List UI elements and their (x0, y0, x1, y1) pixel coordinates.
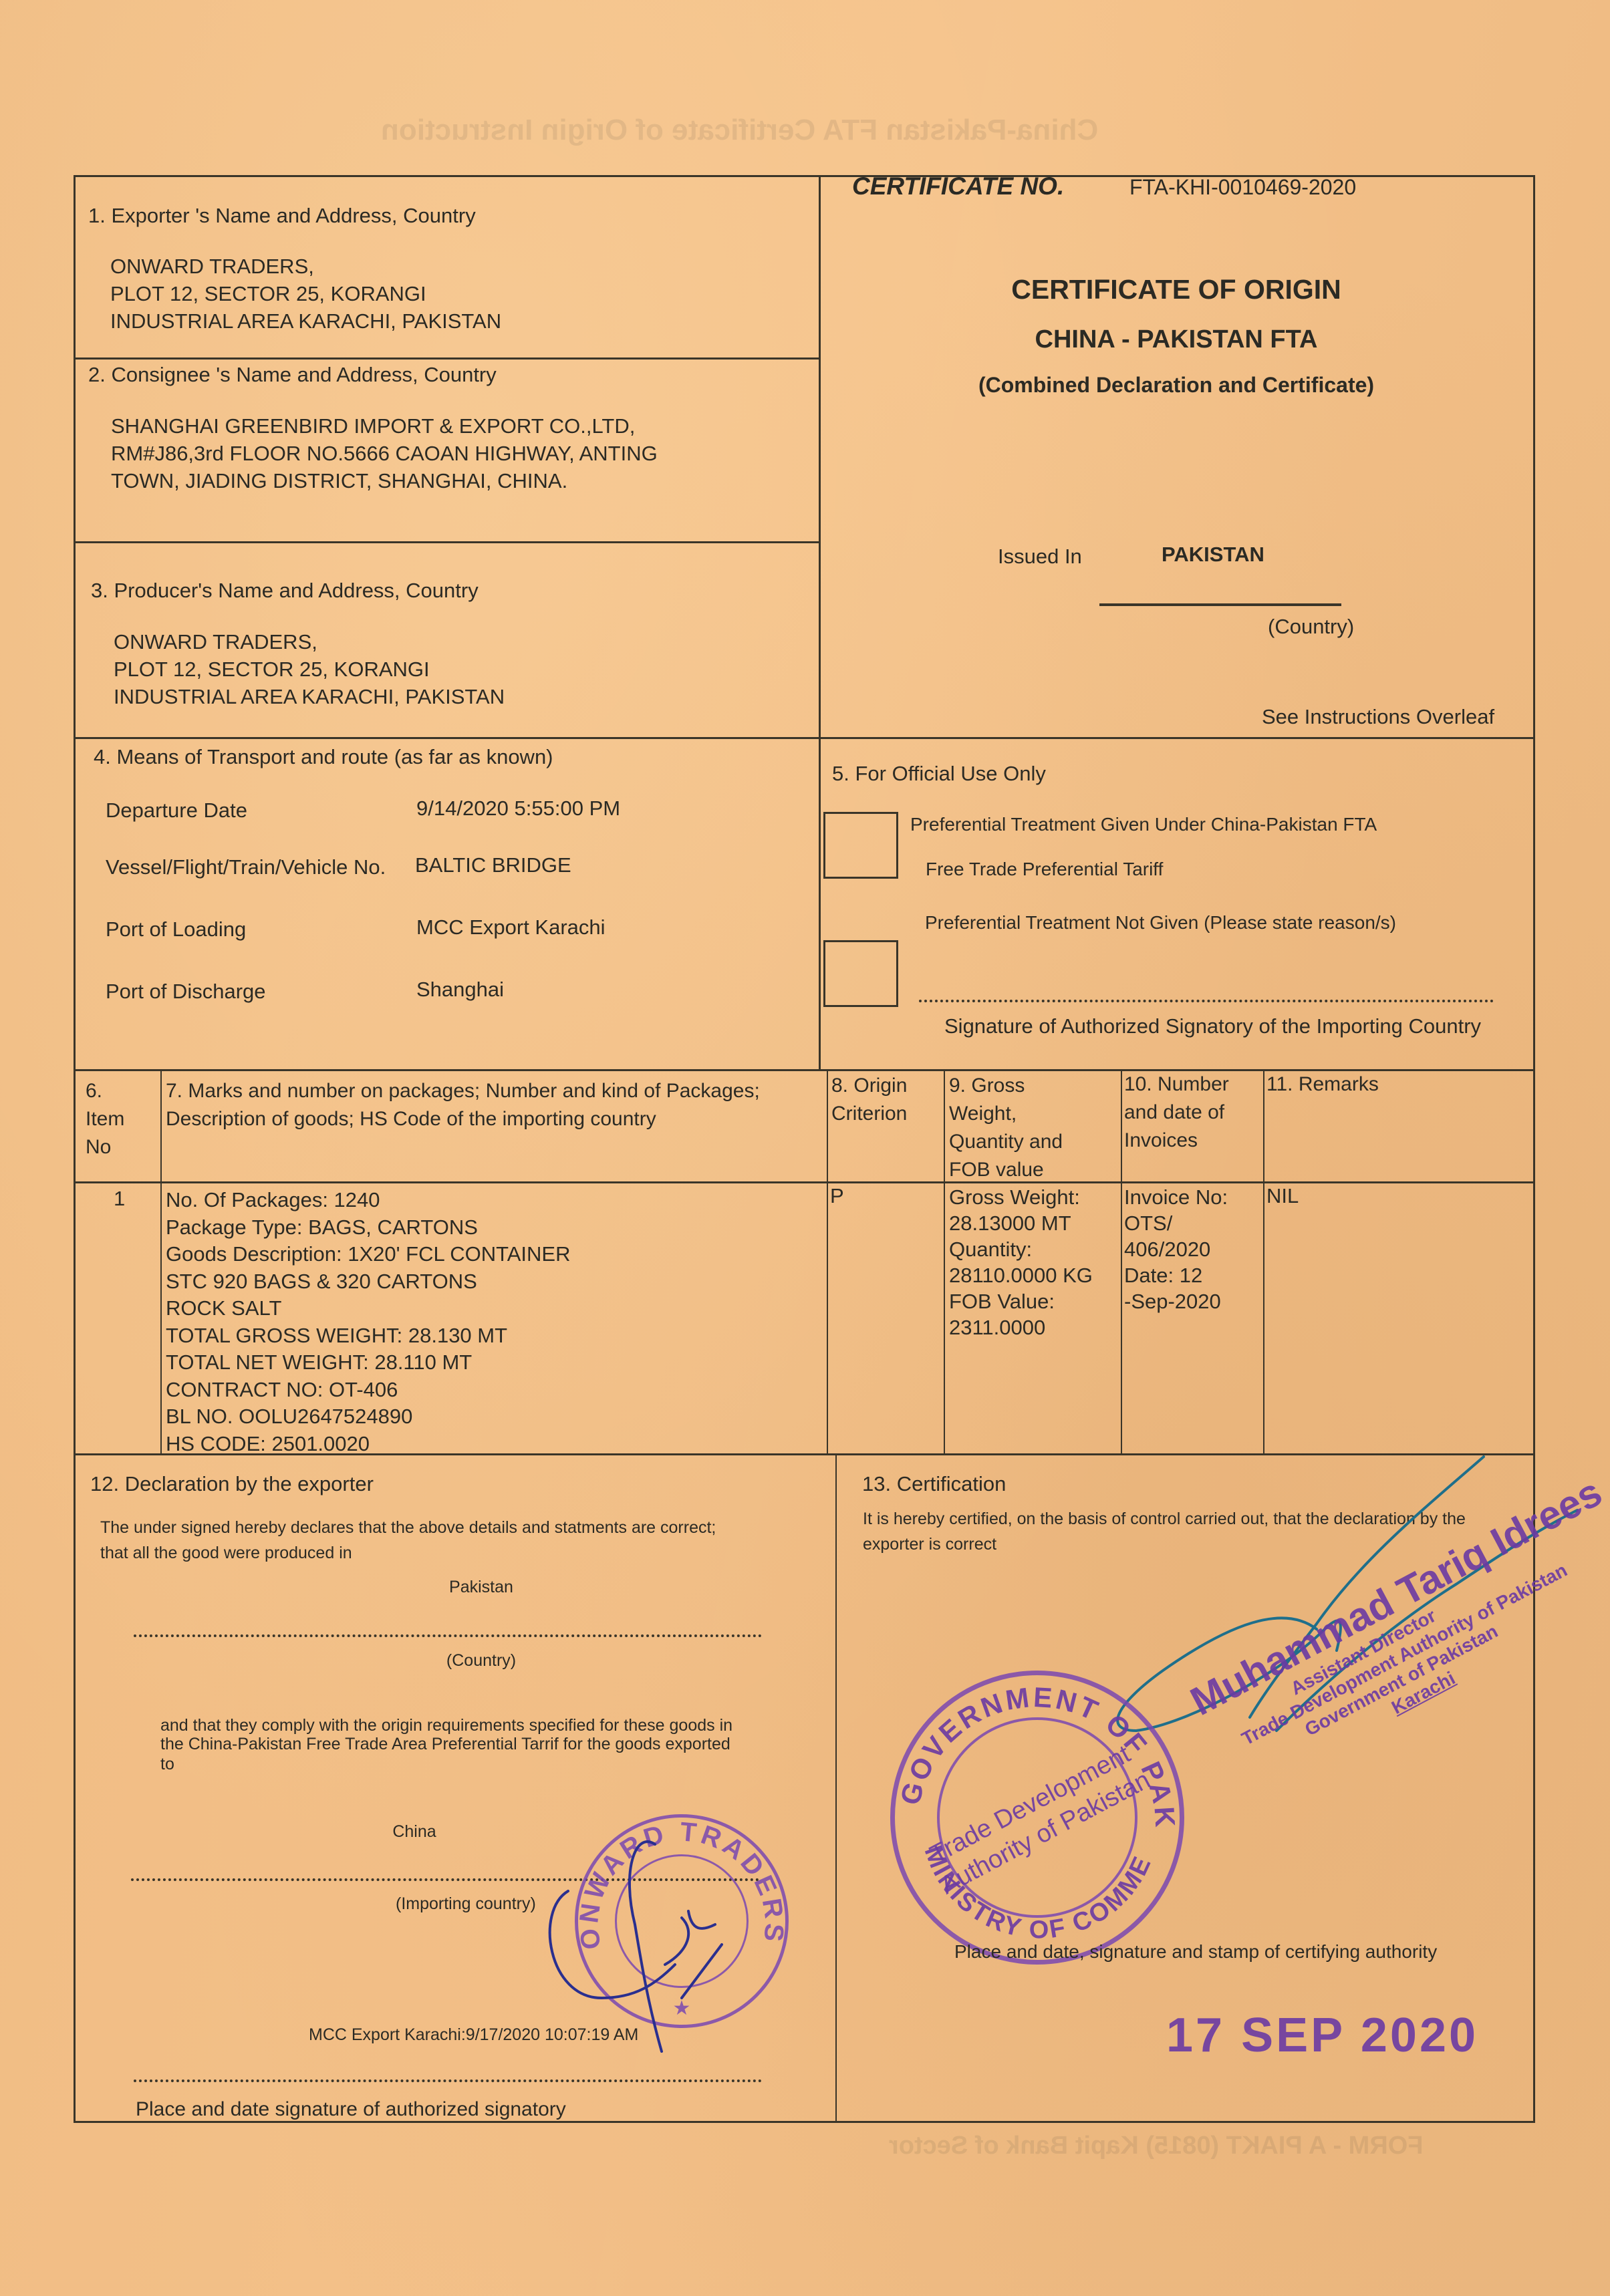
producer-address-line: INDUSTRIAL AREA KARACHI, PAKISTAN (114, 683, 505, 710)
description-line: BL NO. OOLU2647524890 (166, 1403, 570, 1431)
signatory-caption: Place and date signature of authorized s… (136, 2098, 566, 2121)
declaration-text: The under signed hereby declares that th… (100, 1518, 716, 1538)
description-line: ROCK SALT (166, 1295, 570, 1322)
preferential-given-checkbox[interactable] (823, 812, 898, 879)
description-line: No. Of Packages: 1240 (166, 1187, 570, 1214)
divider (1263, 1069, 1264, 1453)
declaration-text: to (160, 1755, 174, 1774)
issued-in-underline (1099, 603, 1341, 606)
vessel-value: BALTIC BRIDGE (415, 853, 571, 877)
consignee-address-line: RM#J86,3rd FLOOR NO.5666 CAOAN HIGHWAY, … (111, 440, 658, 467)
exporter-address-line: INDUSTRIAL AREA KARACHI, PAKISTAN (110, 307, 501, 335)
produced-in-caption: (Country) (348, 1651, 615, 1671)
document-subtitle: CHINA - PAKISTAN FTA (822, 325, 1530, 354)
document-subtitle-2: (Combined Declaration and Certificate) (822, 373, 1530, 398)
certification-label: 13. Certification (862, 1472, 1006, 1496)
signatory-line (134, 2079, 762, 2082)
col-header-origin: 8. Origin Criterion (831, 1072, 907, 1128)
invoice-number-date: Invoice No: OTS/ 406/2020 Date: 12 -Sep-… (1124, 1184, 1228, 1314)
weight-line: Quantity: (949, 1236, 1093, 1262)
weight-line: 28.13000 MT (949, 1210, 1093, 1236)
invoice-line: 406/2020 (1124, 1236, 1228, 1262)
col-header-weight: 9. Gross Weight, Quantity and FOB value (949, 1072, 1063, 1184)
declaration-text: that all the good were produced in (100, 1544, 352, 1563)
weight-quantity-fob: Gross Weight: 28.13000 MT Quantity: 2811… (949, 1184, 1093, 1340)
divider (74, 357, 819, 360)
producer-label: 3. Producer's Name and Address, Country (91, 579, 479, 603)
item-number: 1 (114, 1187, 125, 1211)
remarks-value: NIL (1266, 1184, 1299, 1208)
official-use-label: 5. For Official Use Only (832, 762, 1046, 786)
importing-country: China (281, 1822, 548, 1842)
importing-country-caption: (Importing country) (396, 1894, 536, 1914)
issued-in-label: Issued In (998, 545, 1082, 569)
preferential-given-label: Preferential Treatment Given Under China… (910, 814, 1377, 835)
government-stamp-text: GOVERNMENT OF PAKISTAN MINISTRY OF COMME… (890, 1671, 1184, 1965)
header-line: 9. Gross (949, 1072, 1063, 1100)
date-stamp: 17 SEP 2020 (1166, 2008, 1478, 2063)
goods-description: No. Of Packages: 1240 Package Type: BAGS… (166, 1187, 570, 1457)
col-header-description: 7. Marks and number on packages; Number … (166, 1077, 760, 1133)
header-line: Criterion (831, 1100, 907, 1128)
col-header-remarks: 11. Remarks (1266, 1070, 1379, 1099)
invoice-line: OTS/ (1124, 1210, 1228, 1236)
divider (74, 541, 819, 543)
preferential-not-given-checkbox[interactable] (823, 940, 898, 1007)
divider (944, 1069, 945, 1453)
invoice-line: Invoice No: (1124, 1184, 1228, 1210)
consignee-label: 2. Consignee 's Name and Address, Countr… (88, 363, 497, 387)
port-of-loading-label: Port of Loading (106, 917, 246, 942)
bleed-through-header-text: China-Pakistan FTA Certificate of Origin… (381, 114, 1098, 147)
divider (819, 175, 821, 1070)
header-line: Invoices (1124, 1127, 1229, 1155)
header-line: Item (86, 1105, 124, 1133)
producer-address-line: PLOT 12, SECTOR 25, KORANGI (114, 656, 505, 683)
produced-in-line (134, 1634, 762, 1637)
certification-text: exporter is correct (863, 1535, 996, 1554)
description-line: TOTAL NET WEIGHT: 28.110 MT (166, 1349, 570, 1377)
invoice-line: -Sep-2020 (1124, 1288, 1228, 1314)
instructions-note: See Instructions Overleaf (1262, 705, 1494, 729)
col-header-invoice: 10. Number and date of Invoices (1124, 1070, 1229, 1155)
header-line: No (86, 1133, 124, 1161)
exporter-label: 1. Exporter 's Name and Address, Country (88, 204, 476, 228)
vessel-label: Vessel/Flight/Train/Vehicle No. (106, 855, 386, 879)
exporter-signature (521, 1831, 735, 2058)
bleed-through-footer-text: FORM - A PIAKT (0815) Kapit Bank of Sect… (889, 2132, 1424, 2160)
divider (835, 1453, 837, 2123)
transport-label: 4. Means of Transport and route (as far … (94, 745, 553, 769)
invoice-line: Date: 12 (1124, 1262, 1228, 1288)
declaration-text: the China-Pakistan Free Trade Area Prefe… (160, 1735, 730, 1754)
produced-in-country: Pakistan (348, 1578, 615, 1597)
divider (827, 1069, 828, 1453)
weight-line: 2311.0000 (949, 1314, 1093, 1340)
certificate-number-label: CERTIFICATE NO. (852, 172, 1064, 200)
description-line: TOTAL GROSS WEIGHT: 28.130 MT (166, 1322, 570, 1350)
header-line: and date of (1124, 1099, 1229, 1127)
origin-criterion: P (830, 1184, 844, 1208)
weight-line: FOB Value: (949, 1288, 1093, 1314)
document-title: CERTIFICATE OF ORIGIN (822, 274, 1530, 305)
certifying-authority-caption: Place and date, signature and stamp of c… (954, 1941, 1437, 1963)
consignee-address-line: TOWN, JIADING DISTRICT, SHANGHAI, CHINA. (111, 467, 658, 494)
header-line: Description of goods; HS Code of the imp… (166, 1105, 760, 1133)
departure-date-value: 9/14/2020 5:55:00 PM (416, 797, 620, 821)
declaration-text: and that they comply with the origin req… (160, 1716, 732, 1735)
header-line: Weight, (949, 1100, 1063, 1128)
description-line: Package Type: BAGS, CARTONS (166, 1214, 570, 1242)
exporter-address: ONWARD TRADERS, PLOT 12, SECTOR 25, KORA… (110, 253, 501, 335)
preferential-not-given-label: Preferential Treatment Not Given (Please… (925, 912, 1396, 934)
description-line: HS CODE: 2501.0020 (166, 1431, 570, 1458)
description-line: STC 920 BAGS & 320 CARTONS (166, 1268, 570, 1296)
issued-in-country: PAKISTAN (1162, 543, 1264, 567)
exporter-address-line: ONWARD TRADERS, (110, 253, 501, 280)
description-line: Goods Description: 1X20' FCL CONTAINER (166, 1241, 570, 1268)
divider (74, 1181, 1535, 1183)
header-line: 6. (86, 1077, 124, 1105)
divider (74, 737, 1535, 739)
header-line: FOB value (949, 1156, 1063, 1184)
header-line: 7. Marks and number on packages; Number … (166, 1077, 760, 1105)
port-of-discharge-value: Shanghai (416, 978, 504, 1002)
header-line: Quantity and (949, 1128, 1063, 1156)
consignee-address: SHANGHAI GREENBIRD IMPORT & EXPORT CO.,L… (111, 412, 658, 494)
header-line: 8. Origin (831, 1072, 907, 1100)
port-of-discharge-label: Port of Discharge (106, 980, 266, 1004)
divider (160, 1069, 162, 1453)
consignee-address-line: SHANGHAI GREENBIRD IMPORT & EXPORT CO.,L… (111, 412, 658, 440)
issued-in-country-caption: (Country) (1268, 615, 1354, 639)
weight-line: 28110.0000 KG (949, 1262, 1093, 1288)
port-of-loading-value: MCC Export Karachi (416, 915, 606, 940)
weight-line: Gross Weight: (949, 1184, 1093, 1210)
header-line: 11. Remarks (1266, 1070, 1379, 1099)
producer-address-line: ONWARD TRADERS, (114, 628, 505, 656)
departure-date-label: Departure Date (106, 799, 247, 823)
header-line: 10. Number (1124, 1070, 1229, 1099)
free-trade-tariff-label: Free Trade Preferential Tariff (926, 859, 1163, 880)
importing-signature-caption: Signature of Authorized Signatory of the… (944, 1014, 1481, 1038)
col-header-item-no: 6. Item No (86, 1077, 124, 1161)
exporter-address-line: PLOT 12, SECTOR 25, KORANGI (110, 280, 501, 307)
description-line: CONTRACT NO: OT-406 (166, 1377, 570, 1404)
certificate-number: FTA-KHI-0010469-2020 (1129, 175, 1356, 200)
importing-signature-line (919, 1000, 1494, 1002)
divider (1121, 1069, 1122, 1453)
declaration-label: 12. Declaration by the exporter (90, 1472, 374, 1496)
producer-address: ONWARD TRADERS, PLOT 12, SECTOR 25, KORA… (114, 628, 505, 710)
